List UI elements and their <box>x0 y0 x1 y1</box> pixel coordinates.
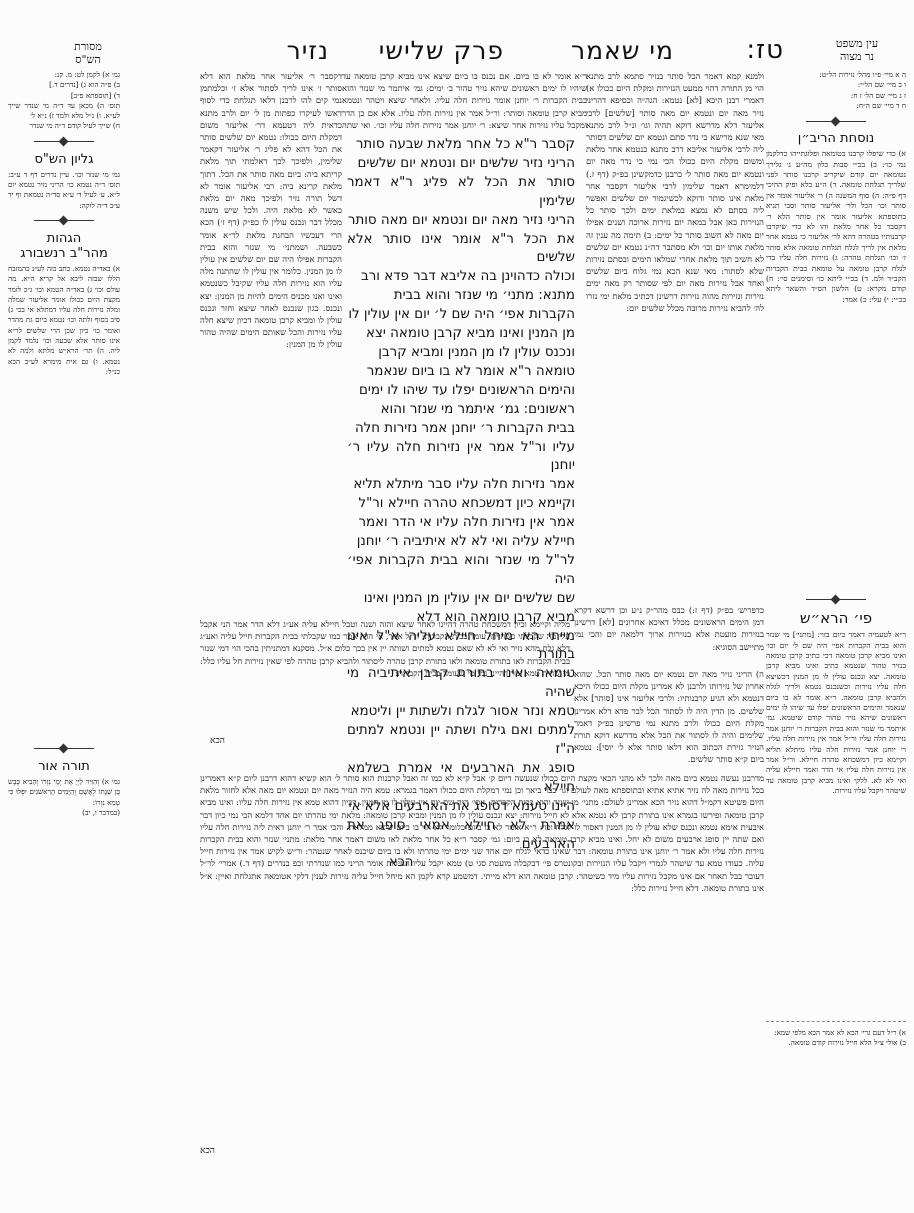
hashas-title: הש"ס <box>58 53 118 66</box>
footnotes: א) ר״ל דעם גרי׳ הכא לא אמר הכא מלפי שמא:… <box>766 1028 906 1049</box>
tosafot-after: ה) הריני נזיר מאה יום נטמא יום מאה סותר … <box>574 668 764 768</box>
mesorah-entry: גמ׳ א) לקמן לט: מ. קנ: <box>8 70 120 80</box>
torah-or-text: גמ׳ א) וְהִזִּיר לַיְיָ אֶת יְמֵי נִזְרו… <box>8 777 120 808</box>
maharav-title: מהר"ב רנשבורג <box>8 246 120 261</box>
hagahot-text: א) באד״ה נטמא. כתב כזה לע״נ כהמזבח הללו … <box>8 264 120 739</box>
gemara-line: הריני נזיר מאה יום ונטמא יום מאה סותר <box>347 212 575 231</box>
gemara-text: קסבר ר"א כל אחר מלאת שבעה סותר הריני נזי… <box>347 136 575 873</box>
tractate-name: נזיר <box>287 36 329 65</box>
gemara-line: ונכנס עולין לו מן המנין ומביא קרבן <box>347 344 575 363</box>
rosh-text: ר״א לטעמיה דאמר ביום בזוי: [מתני׳] מי שנ… <box>766 630 906 1015</box>
gemara-line: למתים ואם גילח ושתה יין ונטמא למתים ה"ז <box>347 722 575 760</box>
gemara-line: והימים הראשונים יפלו עד שיהו לו ימים <box>347 382 575 401</box>
tosafot-low: כדפריש׳ בפ״ק (דף ז:) כבס מהר״ק נ״ע וכן ד… <box>574 604 764 664</box>
rosh-title: פי׳ הרא״ש <box>766 609 906 627</box>
gemara-line: בבית הקברות ר׳ יוחנן אמר נזירות חלה <box>347 420 575 439</box>
gemara-line: סותר את הכל לא פליג ר"א דאמר שלימין <box>347 174 575 212</box>
tosafot-top: ולמנא קמא דאמר הכל סותר בנזיר סתמא לרב מ… <box>586 70 764 590</box>
gemara-line: הריני נזיר שלשים יום ונטמא יום שלשים <box>347 155 575 174</box>
chapter-name: מי שאמר <box>571 36 674 65</box>
gemara-line: עליו ור"ל אמר אין נזירות חלה עליו ר׳ יוח… <box>347 439 575 477</box>
gemara-line: שם שלשים יום אין עולין מן המנין ואינו <box>347 590 575 609</box>
gemara-line: ראשונים: גמ׳ איתמר מי שנזר והוא <box>347 401 575 420</box>
mesorah-title: מסורת <box>58 40 118 53</box>
nuschat-hariban-text: א) כדי שיפלו קרבנו בטומאה ופלוגתייהו כדל… <box>766 149 906 589</box>
perek-label: פרק שלישי <box>379 36 504 65</box>
rashi-side: דשל תורה נזיר ולפיכך מאה יום מלאת כאשר ל… <box>200 192 342 612</box>
mesorah-entries: גמ׳ א) לקמן לט: מ. קנ: ב) פ״ה הוא ג) [נד… <box>8 70 120 132</box>
left-margin: גמ׳ א) לקמן לט: מ. קנ: ב) פ״ה הוא ג) [נד… <box>8 70 120 818</box>
gemara-line: אמר נזירות חלה עליו סבר מיתלא תליא <box>347 476 575 495</box>
nuschat-hariban-title: נוסחת הריב״ן <box>766 131 906 146</box>
ornament-divider <box>8 217 120 225</box>
torah-or-source: (במדבר ו, יב) <box>8 808 120 818</box>
gemara-line: לר"ל מי שנזר והוא בבית הקברות אפי׳ היה <box>347 552 575 590</box>
gemara-line: וכולה כדהוינן בה אליבא דבר פדא ורב <box>347 268 575 287</box>
ein-mishpat-entry: ו ב מיי׳ שם הל״י: <box>766 80 906 90</box>
mesorah-entry: ד) [תוספתא פ״ב] <box>8 91 120 101</box>
footnote-divider <box>766 1021 906 1022</box>
ner-mitzvah-title: נר מצוה <box>822 50 892 63</box>
mesorah-entry: ח) שייך לעיל קודם ד״ה מי שנדר <box>8 121 120 131</box>
torah-or-title: תורה אור <box>8 759 120 774</box>
rashi-top: דקסבר ר׳ אליעזר אחר מלאת הוא דלא סותר ז׳… <box>200 70 342 190</box>
gemara-line: קסבר ר"א כל אחר מלאת שבעה סותר <box>347 136 575 155</box>
gemara-line: טומאה ר"א אומר לא בו ביום שנאמר <box>347 363 575 382</box>
gemara-line: וקיימא כיון דמשכחא טהרה חיילא ור"ל <box>347 495 575 514</box>
right-margin: ה א מיי׳ פ״ו מהל׳ נזירות הל״ט: ו ב מיי׳ … <box>766 70 906 1049</box>
tosafot-bottom: מדרבנן נעשה נטמא ביום מאה ולכך לא מהני ה… <box>200 772 764 1142</box>
hagahot-title: הגהות <box>8 231 120 246</box>
ein-mishpat-title: עין משפט <box>822 37 892 50</box>
ein-mishpat-entry: ז ג מיי׳ שם הל׳ ז ח: <box>766 91 906 101</box>
gemara-line: את הכל ר"א אומר אינו סותר אלא שלשים <box>347 231 575 269</box>
gilyon-hashas-title: גליון הש"ס <box>8 152 120 167</box>
rashi-top-wide: ר״א אומר לא בו ביום. אם נכנס בו ביום שיצ… <box>342 70 587 130</box>
mesorah-header: מסורת הש"ס <box>58 40 118 66</box>
mesorah-entry: ב) פ״ה הוא ג) [נדרים ד.] <box>8 80 120 90</box>
daf-number: טז: <box>746 35 784 65</box>
gemara-line: חיילא עליה ואי לא לא איתיביה ר׳ יוחנן <box>347 533 575 552</box>
gemara-line: מן המנין ואינו מביא קרבן טומאה יצא <box>347 325 575 344</box>
gemara-line: אמר אין נזירות חלה עליו אי הדר ואמר <box>347 514 575 533</box>
ornament-divider <box>766 595 906 603</box>
footnote: א) ר״ל דעם גרי׳ הכא לא אמר הכא מלפי שמא: <box>766 1028 906 1038</box>
ein-mishpat-header: עין משפט נר מצוה <box>822 37 892 63</box>
ornament-divider <box>766 117 906 125</box>
gemara-line: מתנא: מתני׳ מי שנזר והוא בבית <box>347 287 575 306</box>
ornament-divider <box>8 745 120 753</box>
gemara-line: הקברות אפי׳ היה שם ל׳ יום אין עולין לו <box>347 306 575 325</box>
ornament-divider <box>8 138 120 146</box>
gilyon-hashas-text: גמ׳ מי שנזר וכו׳. עיין נדרים דף ד ע״ב: ת… <box>8 170 120 211</box>
rashi-bottom: מליה וקיימא וכיון דמשכחת טהרה דהיינו לאח… <box>200 618 570 718</box>
footnote: ב) אולי צ״ל הלא חייל נזירות קודם טומאה. <box>766 1038 906 1048</box>
ein-mishpat-entries: ה א מיי׳ פ״ו מהל׳ נזירות הל״ט: ו ב מיי׳ … <box>766 70 906 111</box>
rashi-catchword: הכא <box>210 735 225 746</box>
mesorah-entry: תוס׳ ה) מכאן עד ד״ה מי שנדר שייך לע״א. ו… <box>8 101 120 122</box>
tosafot-catchword: הכא <box>200 1145 215 1156</box>
ein-mishpat-entry: ח ד מיי׳ שם ה״ח: <box>766 101 906 111</box>
ein-mishpat-entry: ה א מיי׳ פ״ו מהל׳ נזירות הל״ט: <box>766 70 906 80</box>
